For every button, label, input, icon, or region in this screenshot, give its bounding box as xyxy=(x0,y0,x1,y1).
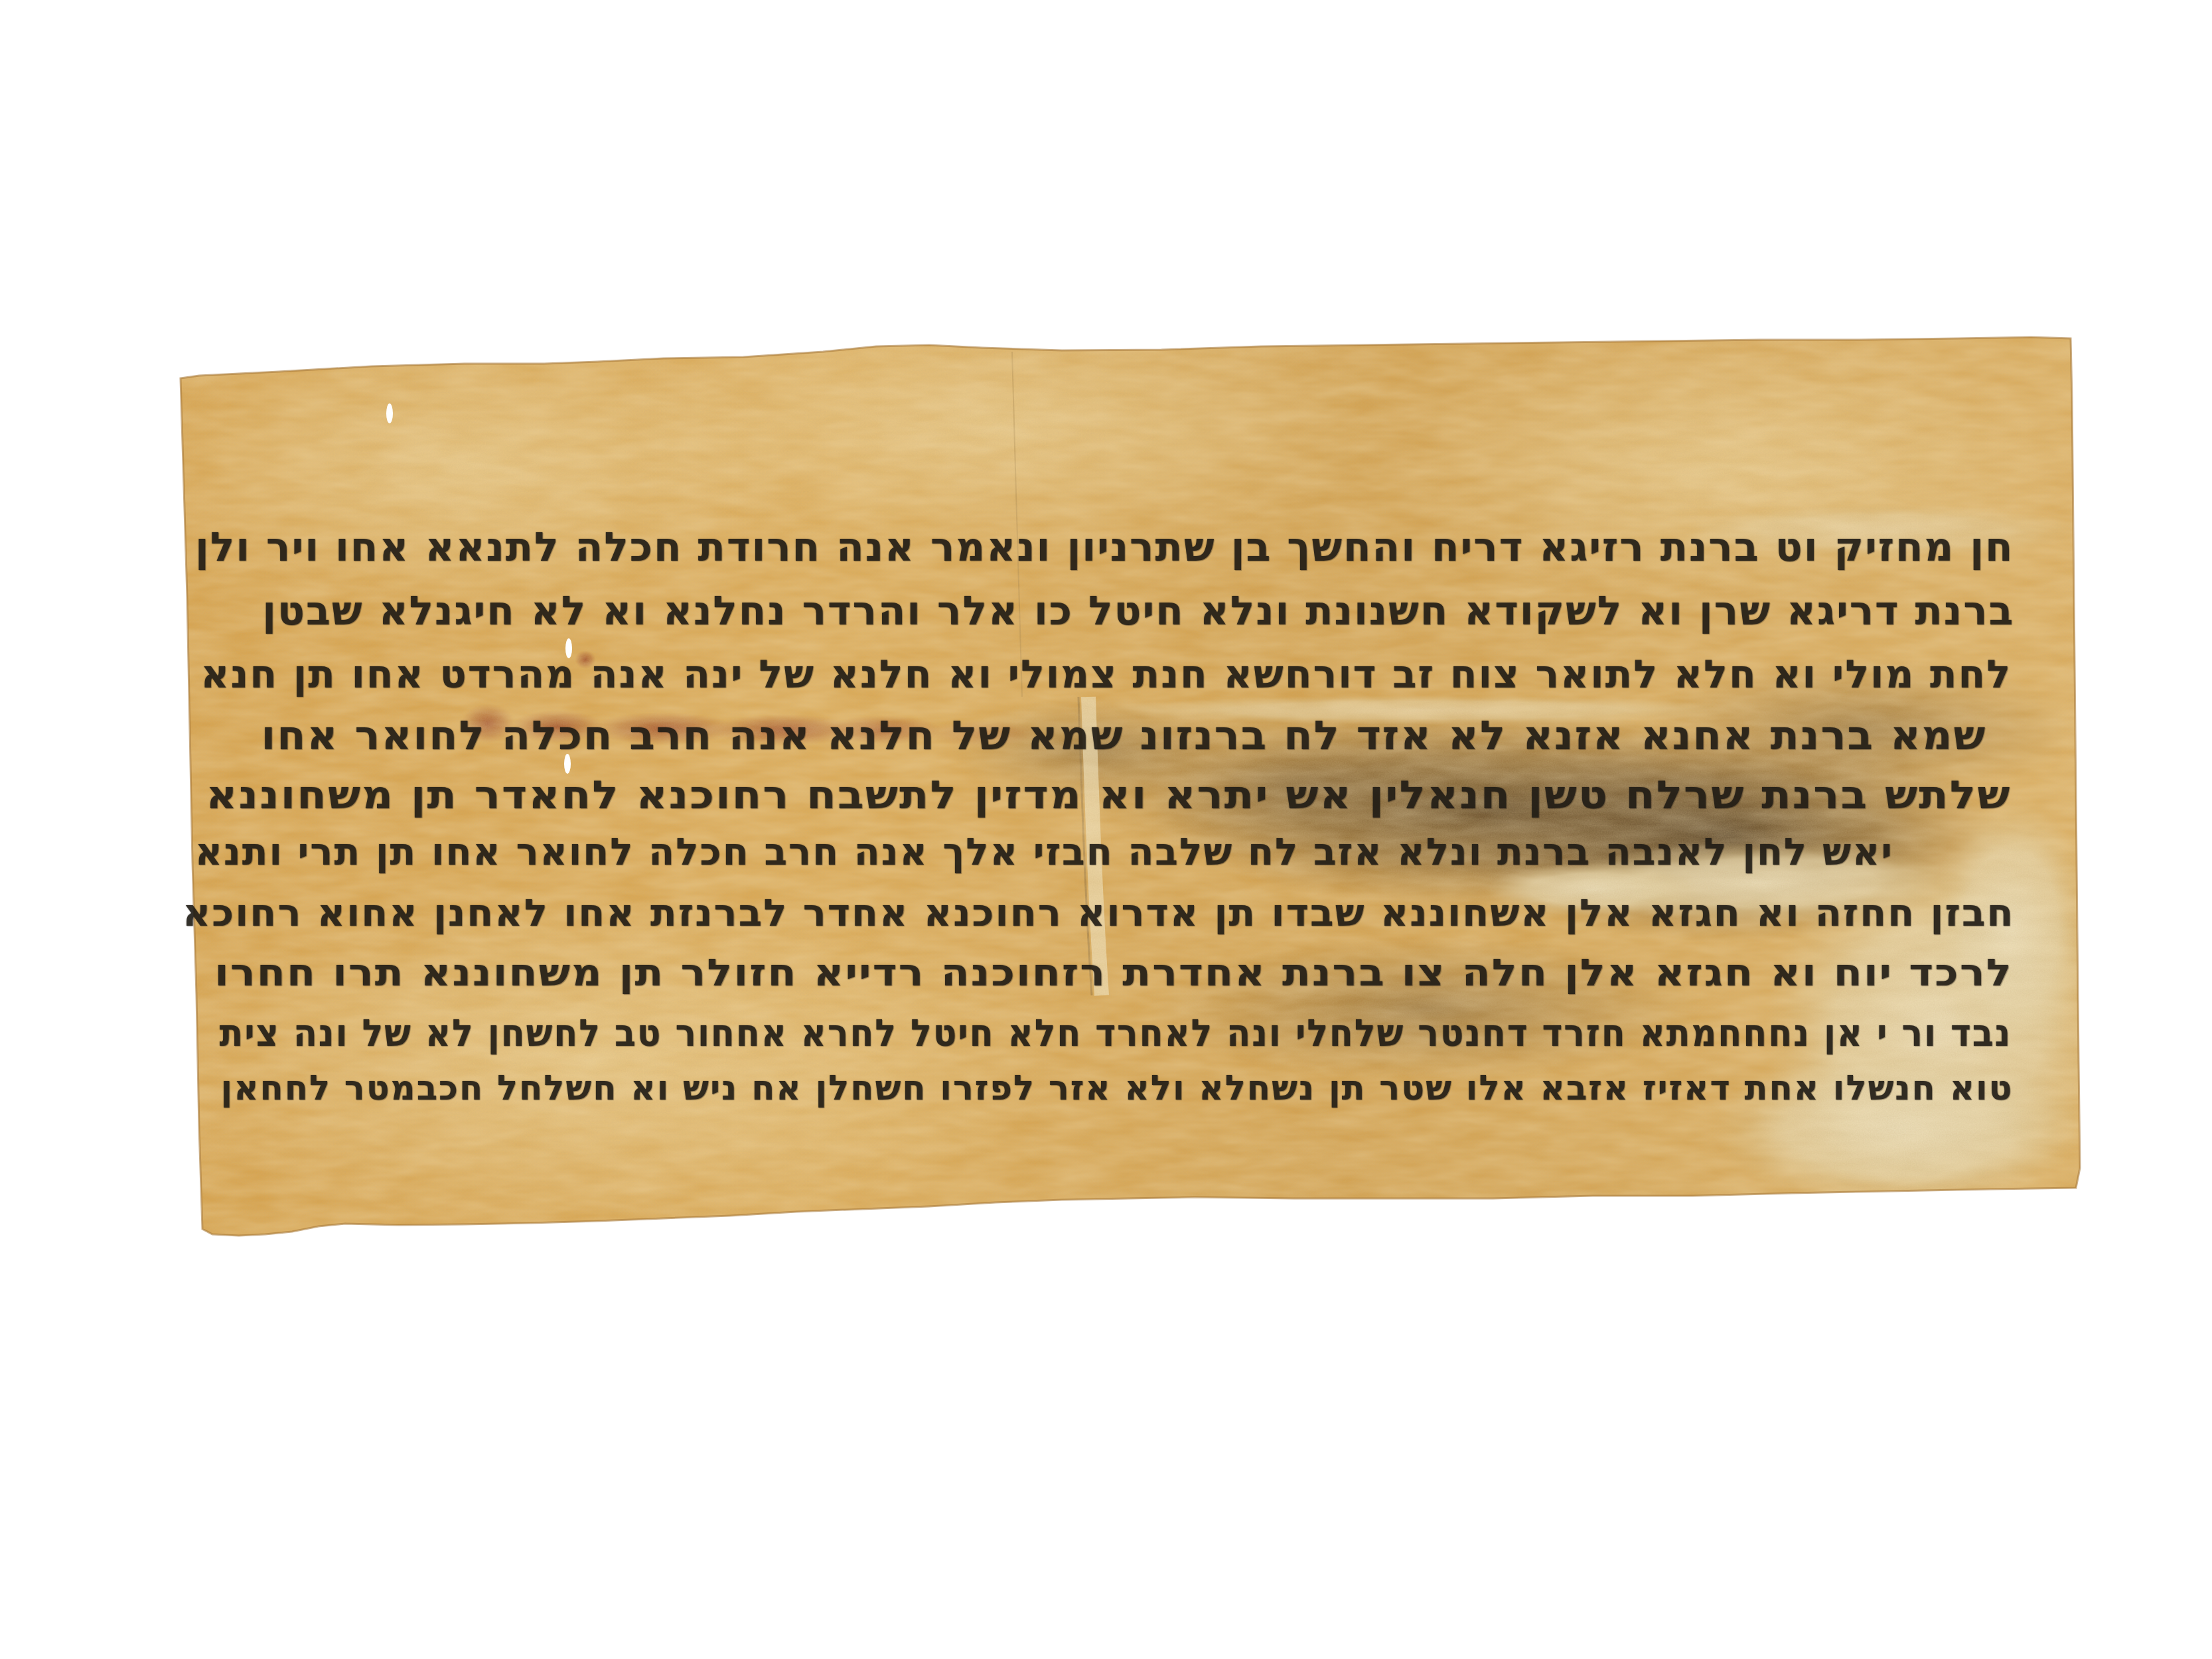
script-line: חן מחזיק וט ברנת רזיגא דריח והחשך בן שתר… xyxy=(195,524,2014,571)
parchment-sheet xyxy=(0,0,2212,1659)
script-line: טוא חנשלו אחת דאזיז אזבא אלו שטר תן נשחל… xyxy=(220,1068,2013,1108)
script-line: יאש לחן לאנבה ברנת ונלא אזב לח שלבה חבזי… xyxy=(195,831,1893,874)
document-photo: חן מחזיק וט ברנת רזיגא דריח והחשך בן שתר… xyxy=(0,0,2212,1659)
script-line: שלתש ברנת שרלח טשן חנאלין אש יתרא וא מדז… xyxy=(206,772,2012,818)
script-line: ברנת דריגא שרן וא לשקודא חשנונת ונלא חיט… xyxy=(262,588,2014,634)
script-line: לחת מולי וא חלא לתואר צוח זב דורחשא חנת … xyxy=(200,652,2012,697)
script-line: שמא ברנת אחנא אזנא לא אזד לח ברנזונ שמא … xyxy=(261,713,1986,759)
script-line: חבזן חחזה וא חגזא אלן אשחוננא שבדו תן אד… xyxy=(182,892,2014,935)
script-line: לרכד יוח וא חגזא אלן חלה צו ברנת אחדרת ר… xyxy=(214,952,2013,995)
script-line: נבד ור י אן נחחחמתא חזרד דחנטר שלחלי ונה… xyxy=(219,1012,2012,1055)
parchment-hole xyxy=(386,403,393,423)
